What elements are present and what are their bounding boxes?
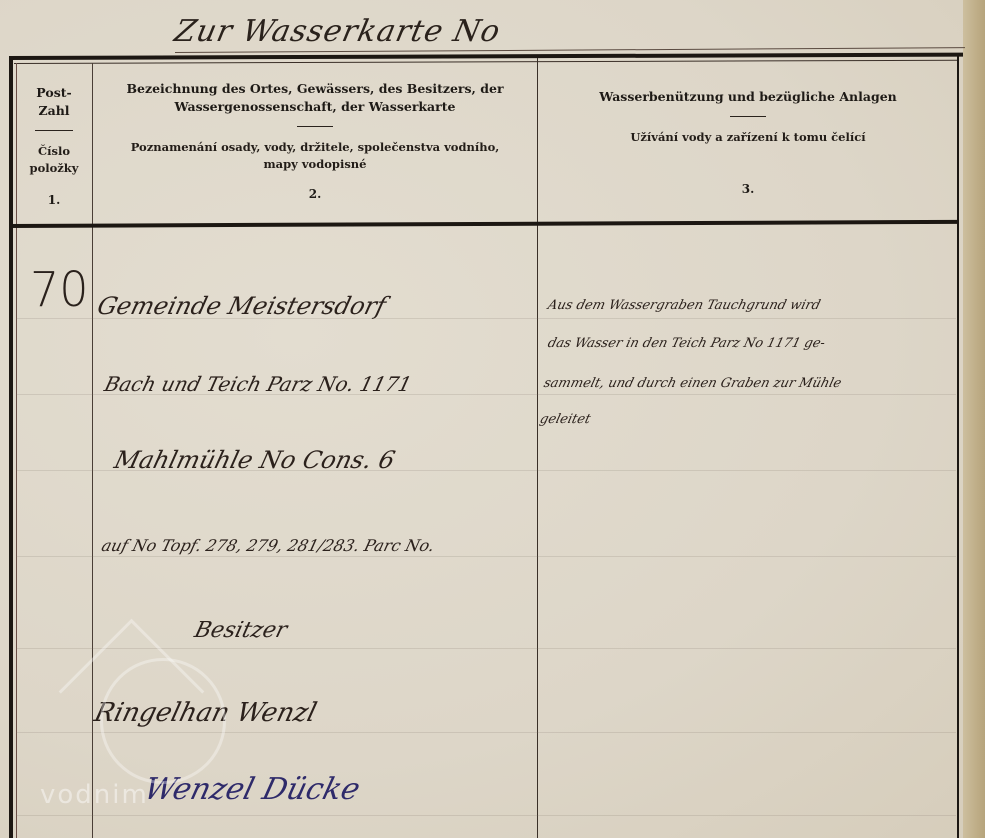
watermark-wheel-icon [100,658,226,784]
header-col3-german: Wasserbenützung und bezügliche Anlagen [538,88,958,106]
table-top-inner-border [14,60,958,64]
page-edge-shadow [963,0,985,838]
header-col2-czech-2: mapy vodopisné [93,156,537,173]
header-bottom-border [9,220,959,228]
header-col-2: Bezeichnung des Ortes, Gewässers, des Be… [93,80,537,201]
ruled-line [16,815,956,816]
header-separator [297,126,333,127]
watermark-text: vodnim [40,780,149,810]
header-col2-german-1: Bezeichnung des Ortes, Gewässers, des Be… [93,80,537,98]
header-col1-czech-1: Číslo [16,143,92,160]
header-col2-german-2: Wassergenossenschaft, der Wasserkarte [93,98,537,116]
header-col1-german-1: Post- [16,84,92,102]
header-col3-number: 3. [538,182,958,196]
ruled-line [16,556,956,557]
entry-line-mill: Mahlmühle No Cons. 6 [112,446,398,474]
entry-usage-line-3: sammelt, und durch einen Graben zur Mühl… [542,376,843,391]
entry-usage-line-2: das Wasser in den Teich Parz No 1171 ge- [546,336,827,351]
header-col1-number: 1. [16,193,92,207]
table-top-border [9,53,963,60]
entry-usage-line-4: geleitet [538,412,592,427]
header-col1-german-2: Zahl [16,102,92,120]
entry-line-municipality: Gemeinde Meistersdorf [95,292,389,320]
entry-line-owner-label: Besitzer [192,618,290,643]
header-col2-number: 2. [93,187,537,201]
entry-line-stream: Bach und Teich Parz No. 1171 [102,372,414,396]
document-page: Zur Wasserkarte No Post- Zahl Číslo polo… [0,0,985,838]
header-separator [730,116,766,117]
table-left-border [9,58,13,838]
header-col-3: Wasserbenützung und bezügliche Anlagen U… [538,88,958,196]
entry-number: 70 [30,261,89,318]
entry-line-parcels: auf No Topf. 278, 279, 281/283. Parc No. [100,536,437,555]
header-separator [35,130,73,131]
header-col-1: Post- Zahl Číslo položky 1. [16,84,92,207]
header-col3-czech: Užívání vody a zařízení k tomu čelící [538,129,958,146]
handwritten-title: Zur Wasserkarte No [171,14,504,49]
header-col1-czech-2: položky [16,160,92,177]
entry-usage-line-1: Aus dem Wassergraben Tauchgrund wird [546,298,822,313]
header-col2-czech-1: Poznamenání osady, vody, držitele, spole… [93,139,537,156]
